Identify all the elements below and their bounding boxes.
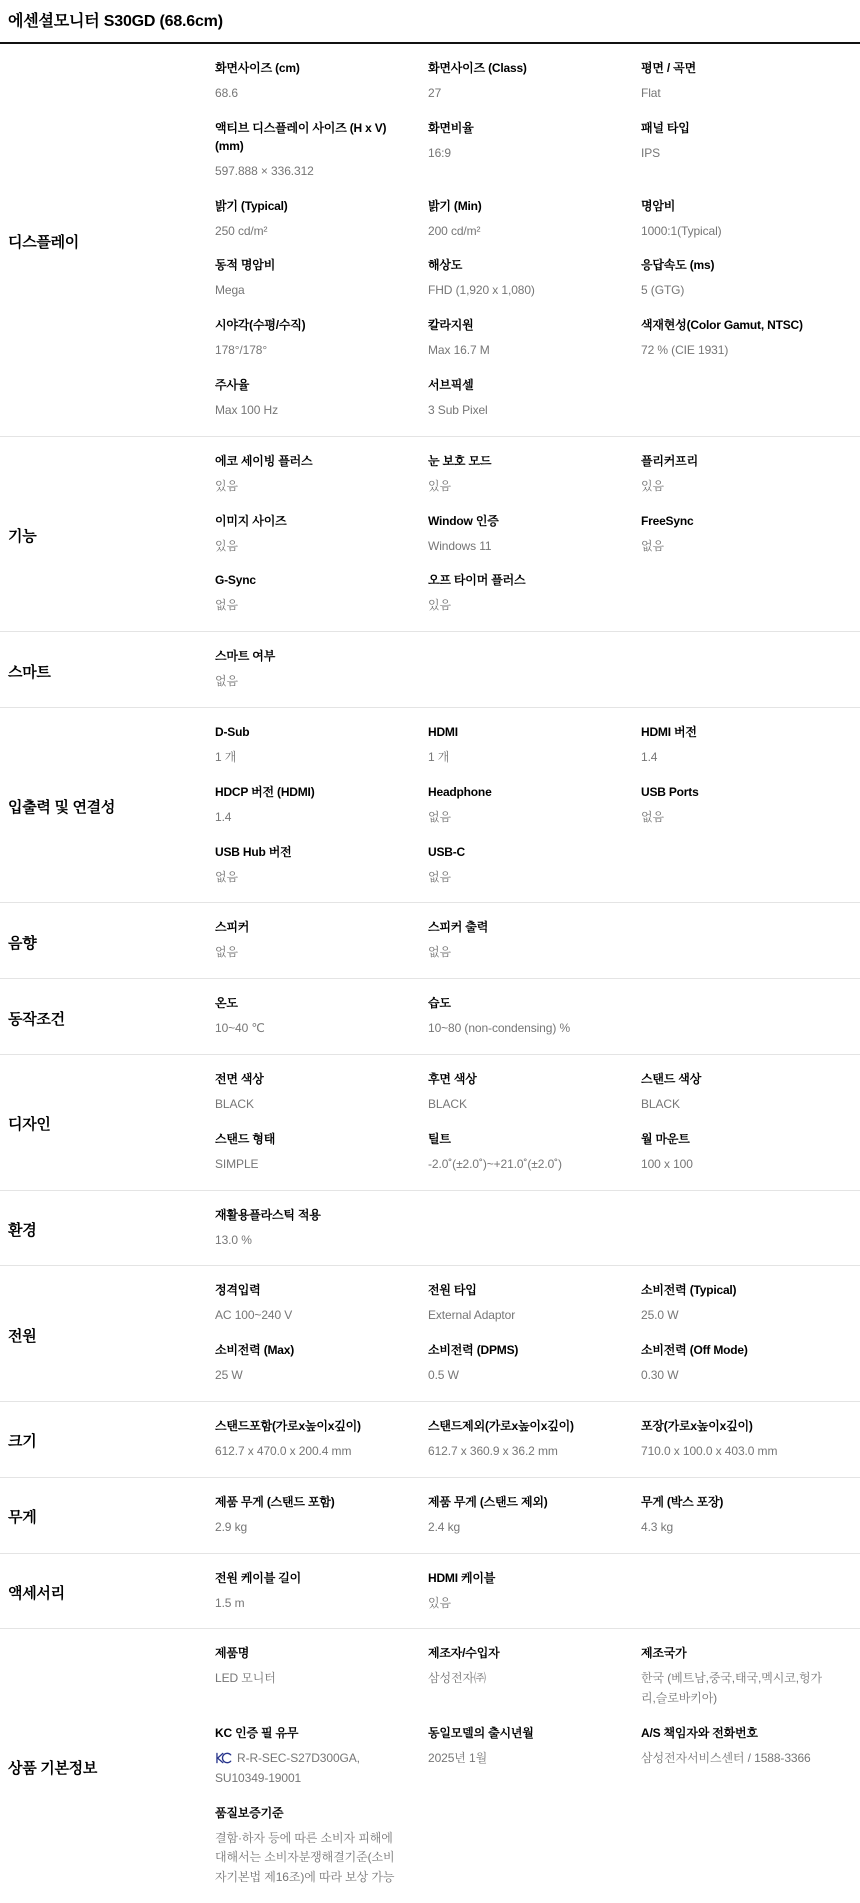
spec-cell: 후면 색상BLACK [428, 1070, 617, 1115]
spec-cell: 밝기 (Min)200 cd/m² [428, 197, 617, 242]
spec-value: 25.0 W [641, 1306, 830, 1326]
spec-cell: 패널 타입IPS [641, 119, 830, 182]
spec-value: 10~80 (non-condensing) % [428, 1019, 617, 1039]
section-cells: 전면 색상BLACK후면 색상BLACK스탠드 색상BLACK스탠드 형태SIM… [215, 1070, 860, 1190]
spec-value: 250 cd/m² [215, 222, 404, 242]
spec-name: 제품 무게 (스탠드 포함) [215, 1493, 404, 1511]
spec-cell: 월 마운트100 x 100 [641, 1130, 830, 1175]
spec-name: 액티브 디스플레이 사이즈 (H x V) (mm) [215, 119, 404, 155]
spec-value: 13.0 % [215, 1231, 404, 1251]
spec-value: 200 cd/m² [428, 222, 617, 242]
spec-name: 스피커 [215, 918, 404, 936]
spec-name: D-Sub [215, 723, 404, 741]
spec-section-6: 디자인전면 색상BLACK후면 색상BLACK스탠드 색상BLACK스탠드 형태… [0, 1054, 860, 1190]
spec-cell: 스마트 여부없음 [215, 647, 404, 692]
spec-name: 후면 색상 [428, 1070, 617, 1088]
spec-section-7: 환경재활용플라스틱 적용13.0 % [0, 1190, 860, 1266]
spec-cell: 에코 세이빙 플러스있음 [215, 452, 404, 497]
spec-value: 2.4 kg [428, 1518, 617, 1538]
section-cells: 재활용플라스틱 적용13.0 % [215, 1206, 860, 1266]
spec-cell: 정격입력AC 100~240 V [215, 1281, 404, 1326]
spec-cell: 칼라지원Max 16.7 M [428, 316, 617, 361]
spec-cell: 소비전력 (Max)25 W [215, 1341, 404, 1386]
spec-value: 1 개 [428, 748, 617, 768]
section-label: 동작조건 [0, 1008, 215, 1041]
spec-section-0: 디스플레이화면사이즈 (cm)68.6화면사이즈 (Class)27평면 / 곡… [0, 44, 860, 436]
spec-value: IPS [641, 144, 830, 164]
spec-name: 스탠드 형태 [215, 1130, 404, 1148]
section-cells: 스탠드포함(가로x높이x깊이)612.7 x 470.0 x 200.4 mm스… [215, 1417, 860, 1477]
spec-section-8: 전원정격입력AC 100~240 V전원 타입External Adaptor소… [0, 1265, 860, 1401]
spec-cell: A/S 책임자와 전화번호삼성전자서비스센터 / 1588-3366 [641, 1724, 830, 1789]
spec-section-1: 기능에코 세이빙 플러스있음눈 보호 모드있음플리커프리있음이미지 사이즈있음W… [0, 436, 860, 631]
section-label: 디스플레이 [0, 231, 215, 264]
section-cells: 제품명LED 모니터제조자/수입자삼성전자㈜제조국가한국 (베트남,중국,태국,… [215, 1644, 860, 1903]
spec-name: G-Sync [215, 571, 404, 589]
section-label: 크기 [0, 1430, 215, 1463]
spec-cell: USB Ports없음 [641, 783, 830, 828]
spec-cell: 스피커 출력없음 [428, 918, 617, 963]
spec-name: 스마트 여부 [215, 647, 404, 665]
page-title: 에센셜모니터 S30GD (68.6cm) [0, 0, 860, 34]
spec-cell: 밝기 (Typical)250 cd/m² [215, 197, 404, 242]
spec-name: 제품 무게 (스탠드 제외) [428, 1493, 617, 1511]
section-cells: 화면사이즈 (cm)68.6화면사이즈 (Class)27평면 / 곡면Flat… [215, 59, 860, 436]
spec-name: 화면사이즈 (Class) [428, 59, 617, 77]
section-cells: 스마트 여부없음 [215, 647, 860, 707]
spec-name: 명암비 [641, 197, 830, 215]
spec-cell: 오프 타이머 플러스있음 [428, 571, 617, 616]
spec-cell: 응답속도 (ms)5 (GTG) [641, 256, 830, 301]
spec-value: -2.0˚(±2.0˚)~+21.0˚(±2.0˚) [428, 1155, 617, 1175]
spec-value: 1.5 m [215, 1594, 404, 1614]
spec-cell: 플리커프리있음 [641, 452, 830, 497]
spec-cell: 무게 (박스 포장)4.3 kg [641, 1493, 830, 1538]
spec-section-2: 스마트스마트 여부없음 [0, 631, 860, 707]
spec-value: 0.5 W [428, 1366, 617, 1386]
section-label: 입출력 및 연결성 [0, 796, 215, 829]
spec-value: External Adaptor [428, 1306, 617, 1326]
spec-cell: 눈 보호 모드있음 [428, 452, 617, 497]
spec-section-3: 입출력 및 연결성D-Sub1 개HDMI1 개HDMI 버전1.4HDCP 버… [0, 707, 860, 902]
spec-name: 주사율 [215, 376, 404, 394]
spec-name: 무게 (박스 포장) [641, 1493, 830, 1511]
spec-name: 화면사이즈 (cm) [215, 59, 404, 77]
spec-cell: 동적 명암비Mega [215, 256, 404, 301]
spec-section-10: 무게제품 무게 (스탠드 포함)2.9 kg제품 무게 (스탠드 제외)2.4 … [0, 1477, 860, 1553]
spec-value: 72 % (CIE 1931) [641, 341, 830, 361]
spec-value: 있음 [641, 477, 830, 497]
spec-value: 2025년 1월 [428, 1749, 617, 1769]
spec-name: 스피커 출력 [428, 918, 617, 936]
spec-name: 시야각(수평/수직) [215, 316, 404, 334]
section-label: 액세서리 [0, 1582, 215, 1615]
spec-value: 삼성전자서비스센터 / 1588-3366 [641, 1749, 830, 1769]
spec-value: 있음 [215, 537, 404, 557]
spec-value: 27 [428, 84, 617, 104]
spec-name: 서브픽셀 [428, 376, 617, 394]
spec-name: USB Ports [641, 783, 830, 801]
spec-cell: Window 인증Windows 11 [428, 512, 617, 557]
spec-name: 에코 세이빙 플러스 [215, 452, 404, 470]
spec-value: 없음 [641, 537, 830, 557]
spec-name: KC 인증 필 유무 [215, 1724, 404, 1742]
spec-name: Window 인증 [428, 512, 617, 530]
spec-value: 0.30 W [641, 1366, 830, 1386]
spec-value: BLACK [428, 1095, 617, 1115]
spec-name: 이미지 사이즈 [215, 512, 404, 530]
spec-value: 있음 [215, 477, 404, 497]
spec-name: 오프 타이머 플러스 [428, 571, 617, 589]
spec-name: USB Hub 버전 [215, 843, 404, 861]
spec-cell: 스탠드포함(가로x높이x깊이)612.7 x 470.0 x 200.4 mm [215, 1417, 404, 1462]
section-cells: 스피커없음스피커 출력없음 [215, 918, 860, 978]
spec-section-11: 액세서리전원 케이블 길이1.5 mHDMI 케이블있음 [0, 1553, 860, 1629]
spec-value: 3 Sub Pixel [428, 401, 617, 421]
spec-value: 1.4 [215, 808, 404, 828]
spec-cell: 전원 타입External Adaptor [428, 1281, 617, 1326]
spec-value: Mega [215, 281, 404, 301]
spec-name: 전면 색상 [215, 1070, 404, 1088]
spec-cell: 소비전력 (DPMS)0.5 W [428, 1341, 617, 1386]
spec-value: LED 모니터 [215, 1669, 404, 1689]
spec-cell: D-Sub1 개 [215, 723, 404, 768]
spec-name: 재활용플라스틱 적용 [215, 1206, 404, 1224]
spec-name: 밝기 (Typical) [215, 197, 404, 215]
spec-section-9: 크기스탠드포함(가로x높이x깊이)612.7 x 470.0 x 200.4 m… [0, 1401, 860, 1477]
section-cells: 에코 세이빙 플러스있음눈 보호 모드있음플리커프리있음이미지 사이즈있음Win… [215, 452, 860, 631]
spec-cell: 색재현성(Color Gamut, NTSC)72 % (CIE 1931) [641, 316, 830, 361]
spec-cell: G-Sync없음 [215, 571, 404, 616]
spec-name: 소비전력 (Off Mode) [641, 1341, 830, 1359]
spec-value: 없음 [215, 868, 404, 888]
spec-name: HDCP 버전 (HDMI) [215, 783, 404, 801]
spec-name: 응답속도 (ms) [641, 256, 830, 274]
spec-name: 소비전력 (DPMS) [428, 1341, 617, 1359]
spec-cell: 서브픽셀3 Sub Pixel [428, 376, 617, 421]
spec-cell: 명암비1000:1(Typical) [641, 197, 830, 242]
spec-value: FHD (1,920 x 1,080) [428, 281, 617, 301]
spec-value: 1000:1(Typical) [641, 222, 830, 242]
spec-cell: 품질보증기준결함·하자 등에 따른 소비자 피해에 대해서는 소비자분쟁해결기준… [215, 1804, 404, 1888]
spec-name: 전원 케이블 길이 [215, 1569, 404, 1587]
spec-name: 포장(가로x높이x깊이) [641, 1417, 830, 1435]
product-spec-page: 에센셜모니터 S30GD (68.6cm) 디스플레이화면사이즈 (cm)68.… [0, 0, 860, 1903]
spec-name: A/S 책임자와 전화번호 [641, 1724, 830, 1742]
spec-name: 동적 명암비 [215, 256, 404, 274]
spec-value: 있음 [428, 596, 617, 616]
spec-cell: HDMI 케이블있음 [428, 1569, 617, 1614]
spec-cell: 온도10~40 ℃ [215, 994, 404, 1039]
spec-name: 온도 [215, 994, 404, 1012]
section-cells: 정격입력AC 100~240 V전원 타입External Adaptor소비전… [215, 1281, 860, 1401]
spec-value: 결함·하자 등에 따른 소비자 피해에 대해서는 소비자분쟁해결기준(소비자기본… [215, 1829, 404, 1888]
spec-cell: 스탠드제외(가로x높이x깊이)612.7 x 360.9 x 36.2 mm [428, 1417, 617, 1462]
spec-name: 스탠드포함(가로x높이x깊이) [215, 1417, 404, 1435]
section-cells: 온도10~40 ℃습도10~80 (non-condensing) % [215, 994, 860, 1054]
spec-value: 16:9 [428, 144, 617, 164]
spec-name: 월 마운트 [641, 1130, 830, 1148]
spec-value: 1 개 [215, 748, 404, 768]
section-label: 상품 기본정보 [0, 1757, 215, 1790]
spec-name: 평면 / 곡면 [641, 59, 830, 77]
spec-name: 제품명 [215, 1644, 404, 1662]
section-label: 환경 [0, 1219, 215, 1252]
spec-name: 밝기 (Min) [428, 197, 617, 215]
spec-value: 597.888 × 336.312 [215, 162, 404, 182]
spec-section-5: 동작조건온도10~40 ℃습도10~80 (non-condensing) % [0, 978, 860, 1054]
section-label: 기능 [0, 525, 215, 558]
spec-name: HDMI 버전 [641, 723, 830, 741]
spec-value: Flat [641, 84, 830, 104]
spec-name: 전원 타입 [428, 1281, 617, 1299]
spec-value: 100 x 100 [641, 1155, 830, 1175]
spec-cell: 제품 무게 (스탠드 포함)2.9 kg [215, 1493, 404, 1538]
spec-cell: 전면 색상BLACK [215, 1070, 404, 1115]
spec-value: 없음 [215, 943, 404, 963]
spec-name: 소비전력 (Typical) [641, 1281, 830, 1299]
spec-name: HDMI 케이블 [428, 1569, 617, 1587]
spec-cell: 소비전력 (Off Mode)0.30 W [641, 1341, 830, 1386]
spec-value: 25 W [215, 1366, 404, 1386]
spec-cell: 제조자/수입자삼성전자㈜ [428, 1644, 617, 1709]
section-label: 음향 [0, 932, 215, 965]
spec-cell: Headphone없음 [428, 783, 617, 828]
spec-cell: 이미지 사이즈있음 [215, 512, 404, 557]
spec-name: 정격입력 [215, 1281, 404, 1299]
section-cells: 제품 무게 (스탠드 포함)2.9 kg제품 무게 (스탠드 제외)2.4 kg… [215, 1493, 860, 1553]
spec-value: BLACK [215, 1095, 404, 1115]
spec-value: 없음 [641, 808, 830, 828]
spec-name: FreeSync [641, 512, 830, 530]
spec-name: 품질보증기준 [215, 1804, 404, 1822]
spec-cell: 습도10~80 (non-condensing) % [428, 994, 617, 1039]
spec-cell: 주사율Max 100 Hz [215, 376, 404, 421]
spec-value: AC 100~240 V [215, 1306, 404, 1326]
spec-value: Max 16.7 M [428, 341, 617, 361]
section-label: 스마트 [0, 661, 215, 694]
spec-value: 있음 [428, 1594, 617, 1614]
kc-certification-icon [215, 1752, 232, 1764]
spec-cell: KC 인증 필 유무R-R-SEC-S27D300GA, SU10349-190… [215, 1724, 404, 1789]
section-label: 전원 [0, 1325, 215, 1358]
spec-cell: 제조국가한국 (베트남,중국,태국,멕시코,헝가리,슬로바키아) [641, 1644, 830, 1709]
spec-name: 동일모델의 출시년월 [428, 1724, 617, 1742]
spec-value: 1.4 [641, 748, 830, 768]
spec-name: 플리커프리 [641, 452, 830, 470]
spec-cell: 스탠드 형태SIMPLE [215, 1130, 404, 1175]
spec-value: Max 100 Hz [215, 401, 404, 421]
spec-section-4: 음향스피커없음스피커 출력없음 [0, 902, 860, 978]
spec-value: 있음 [428, 477, 617, 497]
section-label: 무게 [0, 1506, 215, 1539]
spec-section-12: 상품 기본정보제품명LED 모니터제조자/수입자삼성전자㈜제조국가한국 (베트남… [0, 1628, 860, 1903]
spec-value: 710.0 x 100.0 x 403.0 mm [641, 1442, 830, 1462]
spec-value: 없음 [428, 808, 617, 828]
spec-value: 612.7 x 470.0 x 200.4 mm [215, 1442, 404, 1462]
spec-value: 178°/178° [215, 341, 404, 361]
spec-value: 2.9 kg [215, 1518, 404, 1538]
spec-value: 4.3 kg [641, 1518, 830, 1538]
spec-cell: USB-C없음 [428, 843, 617, 888]
spec-value: 5 (GTG) [641, 281, 830, 301]
spec-value: 612.7 x 360.9 x 36.2 mm [428, 1442, 617, 1462]
section-label: 디자인 [0, 1113, 215, 1146]
spec-cell: 제품 무게 (스탠드 제외)2.4 kg [428, 1493, 617, 1538]
spec-cell: 시야각(수평/수직)178°/178° [215, 316, 404, 361]
spec-value: R-R-SEC-S27D300GA, SU10349-19001 [215, 1749, 404, 1789]
spec-name: 색재현성(Color Gamut, NTSC) [641, 316, 830, 334]
spec-cell: 액티브 디스플레이 사이즈 (H x V) (mm)597.888 × 336.… [215, 119, 404, 182]
spec-value: BLACK [641, 1095, 830, 1115]
spec-cell: HDCP 버전 (HDMI)1.4 [215, 783, 404, 828]
spec-name: 스탠드제외(가로x높이x깊이) [428, 1417, 617, 1435]
spec-cell: FreeSync없음 [641, 512, 830, 557]
spec-name: 습도 [428, 994, 617, 1012]
spec-value: 없음 [215, 596, 404, 616]
spec-name: 제조국가 [641, 1644, 830, 1662]
spec-cell: 평면 / 곡면Flat [641, 59, 830, 104]
spec-value: Windows 11 [428, 537, 617, 557]
spec-cell: 틸트-2.0˚(±2.0˚)~+21.0˚(±2.0˚) [428, 1130, 617, 1175]
spec-cell: USB Hub 버전없음 [215, 843, 404, 888]
spec-table: 디스플레이화면사이즈 (cm)68.6화면사이즈 (Class)27평면 / 곡… [0, 44, 860, 1903]
spec-cell: 스탠드 색상BLACK [641, 1070, 830, 1115]
spec-value: 없음 [428, 868, 617, 888]
spec-value: 10~40 ℃ [215, 1019, 404, 1039]
spec-cell: 재활용플라스틱 적용13.0 % [215, 1206, 404, 1251]
spec-value: 없음 [215, 672, 404, 692]
spec-value-text: R-R-SEC-S27D300GA, SU10349-19001 [215, 1751, 360, 1785]
spec-name: HDMI [428, 723, 617, 741]
spec-cell: 전원 케이블 길이1.5 m [215, 1569, 404, 1614]
spec-cell: HDMI 버전1.4 [641, 723, 830, 768]
spec-name: USB-C [428, 843, 617, 861]
spec-name: 해상도 [428, 256, 617, 274]
spec-cell: 스피커없음 [215, 918, 404, 963]
spec-value: SIMPLE [215, 1155, 404, 1175]
spec-name: 화면비율 [428, 119, 617, 137]
spec-cell: 포장(가로x높이x깊이)710.0 x 100.0 x 403.0 mm [641, 1417, 830, 1462]
spec-value: 한국 (베트남,중국,태국,멕시코,헝가리,슬로바키아) [641, 1669, 830, 1709]
spec-value: 없음 [428, 943, 617, 963]
spec-cell: 해상도FHD (1,920 x 1,080) [428, 256, 617, 301]
spec-name: 제조자/수입자 [428, 1644, 617, 1662]
section-cells: D-Sub1 개HDMI1 개HDMI 버전1.4HDCP 버전 (HDMI)1… [215, 723, 860, 902]
spec-cell: 제품명LED 모니터 [215, 1644, 404, 1709]
spec-cell: 화면사이즈 (Class)27 [428, 59, 617, 104]
spec-cell: 화면비율16:9 [428, 119, 617, 182]
spec-value: 삼성전자㈜ [428, 1669, 617, 1689]
spec-name: 눈 보호 모드 [428, 452, 617, 470]
spec-name: 소비전력 (Max) [215, 1341, 404, 1359]
spec-cell: 동일모델의 출시년월2025년 1월 [428, 1724, 617, 1789]
spec-name: 틸트 [428, 1130, 617, 1148]
spec-value: 68.6 [215, 84, 404, 104]
spec-cell: HDMI1 개 [428, 723, 617, 768]
spec-name: 패널 타입 [641, 119, 830, 137]
spec-name: 칼라지원 [428, 316, 617, 334]
spec-name: 스탠드 색상 [641, 1070, 830, 1088]
spec-name: Headphone [428, 783, 617, 801]
spec-cell: 화면사이즈 (cm)68.6 [215, 59, 404, 104]
spec-cell: 소비전력 (Typical)25.0 W [641, 1281, 830, 1326]
section-cells: 전원 케이블 길이1.5 mHDMI 케이블있음 [215, 1569, 860, 1629]
